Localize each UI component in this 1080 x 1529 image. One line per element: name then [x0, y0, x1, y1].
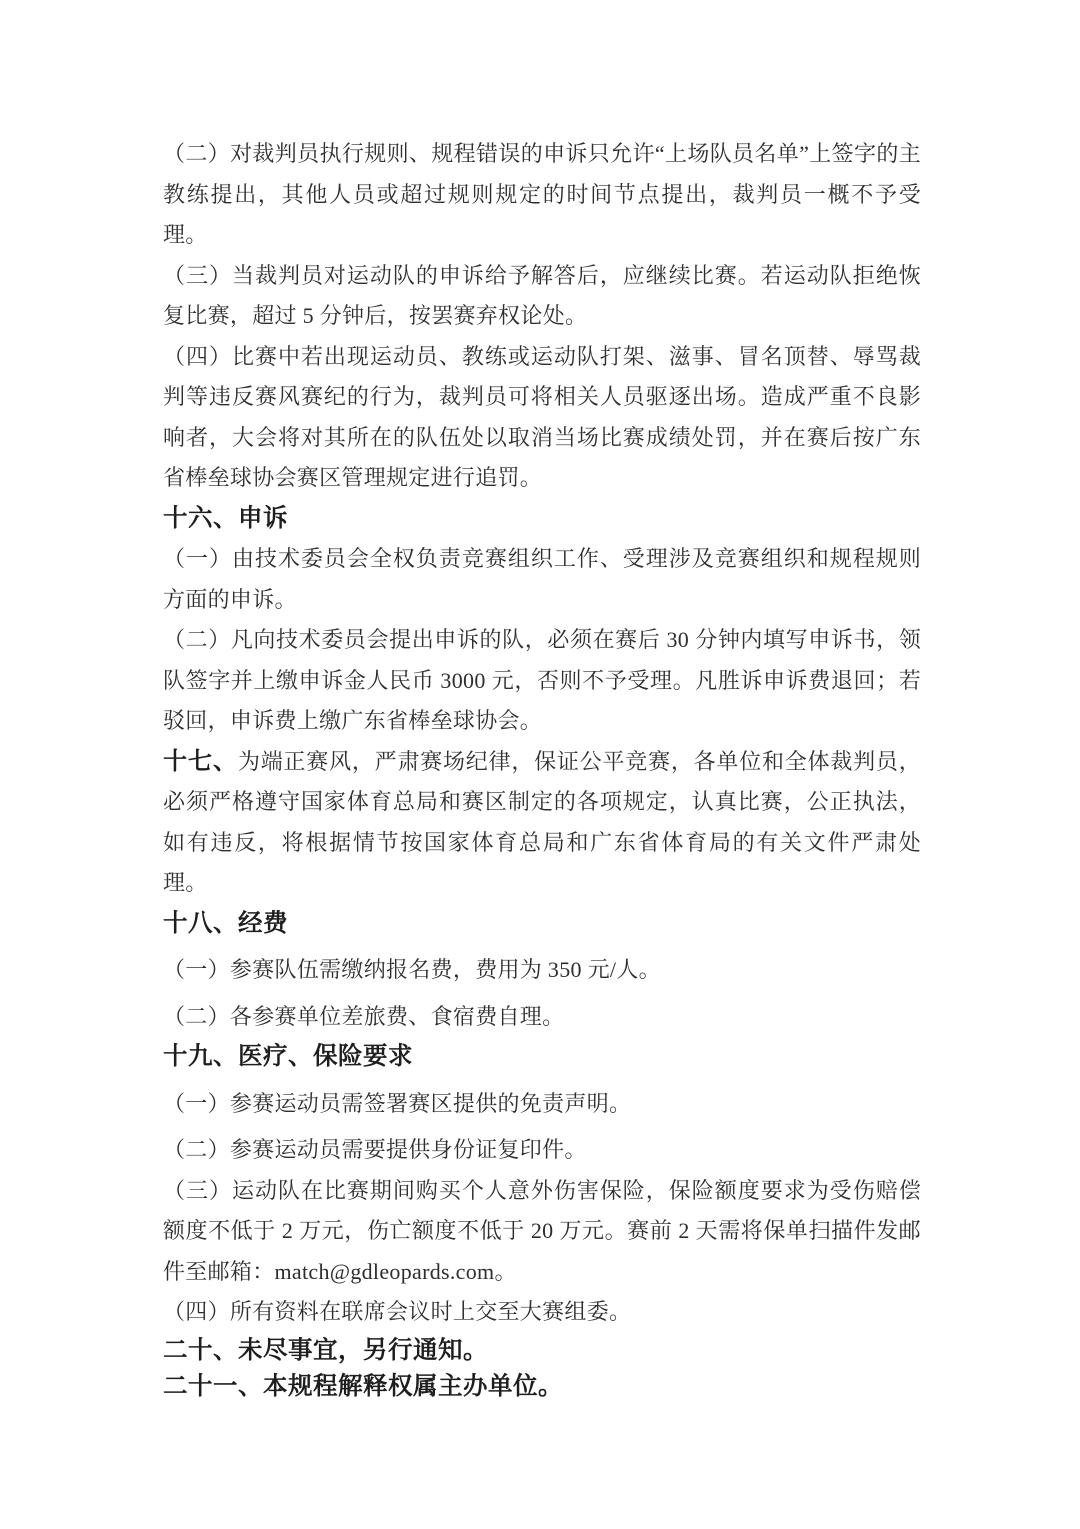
text-run: （三）当裁判员对运动队的申诉给予解答后，应继续比赛。若运动队拒绝恢复比赛，超过 … — [163, 263, 921, 329]
section-heading: 十八、经费 — [163, 904, 921, 945]
section-heading: 二十、未尽事宜，另行通知。 — [163, 1333, 921, 1369]
text-run: 。 — [494, 1259, 516, 1284]
paragraph: （四）比赛中若出现运动员、教练或运动队打架、滋事、冒名顶替、辱骂裁判等违反赛风赛… — [163, 337, 921, 499]
document-page-content: （二）对裁判员执行规则、规程错误的申诉只允许“上场队员名单”上签字的主教练提出，… — [163, 134, 921, 1405]
text-run: （一）由技术委员会全权负责竞赛组织工作、受理涉及竞赛组织和规程规则方面的申诉。 — [163, 546, 921, 612]
paragraph: （三）当裁判员对运动队的申诉给予解答后，应继续比赛。若运动队拒绝恢复比赛，超过 … — [163, 256, 921, 337]
paragraph: （二）各参赛单位差旅费、食宿费自理。 — [163, 997, 921, 1038]
section-heading: 二十一、本规程解释权属主办单位。 — [163, 1369, 921, 1405]
document-page: （二）对裁判员执行规则、规程错误的申诉只允许“上场队员名单”上签字的主教练提出，… — [0, 0, 1080, 1529]
text-run: （一）参赛队伍需缴纳报名费，费用为 350 元/人。 — [163, 957, 661, 982]
text-run: 十九、医疗、保险要求 — [163, 1043, 413, 1070]
section-heading: 十九、医疗、保险要求 — [163, 1037, 921, 1078]
text-run: （一）参赛运动员需签署赛区提供的免责声明。 — [163, 1091, 631, 1116]
section-heading: 十六、申诉 — [163, 499, 921, 540]
paragraph: （三）运动队在比赛期间购买个人意外伤害保险，保险额度要求为受伤赔偿额度不低于 2… — [163, 1171, 921, 1293]
text-run: （二）各参赛单位差旅费、食宿费自理。 — [163, 1004, 564, 1029]
paragraph: （一）参赛运动员需签署赛区提供的免责声明。 — [163, 1084, 921, 1125]
text-run: 十八、经费 — [163, 910, 288, 937]
text-run: （二）对裁判员执行规则、规程错误的申诉只允许“上场队员名单”上签字的主教练提出，… — [163, 141, 921, 247]
text-run: 二十、未尽事宜，另行通知。 — [163, 1337, 488, 1364]
paragraph: （四）所有资料在联席会议时上交至大赛组委。 — [163, 1292, 921, 1333]
text-run: 十六、申诉 — [163, 505, 288, 532]
paragraph: （二）凡向技术委员会提出申诉的队，必须在赛后 30 分钟内填写申诉书，领队签字并… — [163, 620, 921, 742]
paragraph: （二）对裁判员执行规则、规程错误的申诉只允许“上场队员名单”上签字的主教练提出，… — [163, 134, 921, 256]
text-run: 为端正赛风，严肃赛场纪律，保证公平竞赛，各单位和全体裁判员，必须严格遵守国家体育… — [163, 749, 921, 896]
text-run: 二十一、本规程解释权属主办单位。 — [163, 1373, 563, 1400]
paragraph: （二）参赛运动员需要提供身份证复印件。 — [163, 1130, 921, 1171]
inline-section-number: 十七、 — [163, 748, 238, 775]
text-run: （二）参赛运动员需要提供身份证复印件。 — [163, 1137, 587, 1162]
paragraph: （一）参赛队伍需缴纳报名费，费用为 350 元/人。 — [163, 950, 921, 991]
text-run: （四）比赛中若出现运动员、教练或运动队打架、滋事、冒名顶替、辱骂裁判等违反赛风赛… — [163, 344, 921, 491]
paragraph: （一）由技术委员会全权负责竞赛组织工作、受理涉及竞赛组织和规程规则方面的申诉。 — [163, 539, 921, 620]
email-address: match@gdleopards.com — [275, 1259, 495, 1284]
text-run: （二）凡向技术委员会提出申诉的队，必须在赛后 30 分钟内填写申诉书，领队签字并… — [163, 627, 921, 733]
text-run: （四）所有资料在联席会议时上交至大赛组委。 — [163, 1299, 631, 1324]
paragraph: 十七、为端正赛风，严肃赛场纪律，保证公平竞赛，各单位和全体裁判员，必须严格遵守国… — [163, 742, 921, 904]
